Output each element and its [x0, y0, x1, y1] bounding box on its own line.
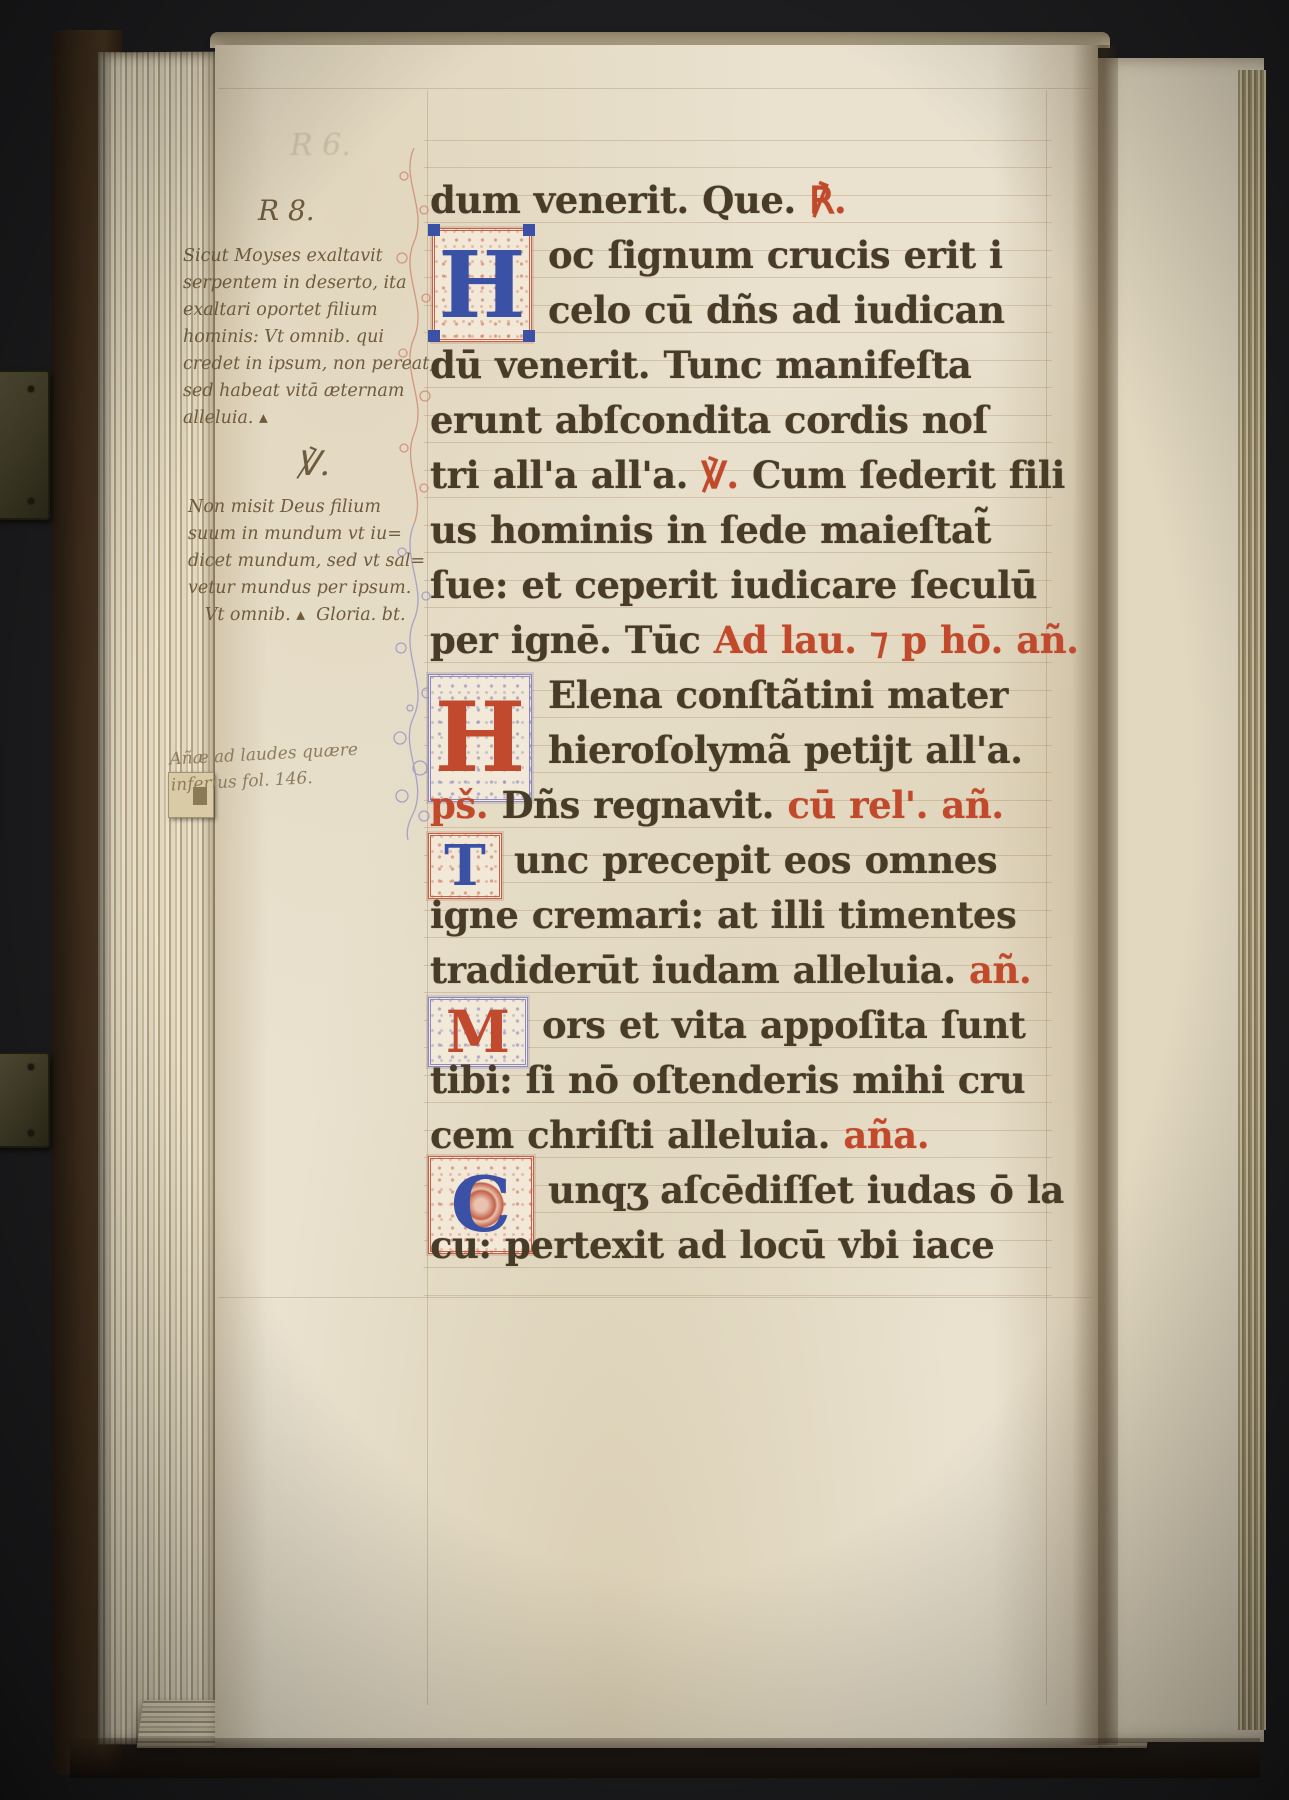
fore-edge-right	[1238, 70, 1266, 1730]
text-line: unc precepit eos omnes	[430, 838, 1052, 893]
text-segment: hieroſolymã petijt all'a.	[548, 728, 1023, 772]
text-segment: cu: pertexit ad locū vbi iace	[430, 1223, 994, 1267]
text-segment: ors et vita appoſita ſunt	[542, 1003, 1026, 1047]
text-line: dum venerit. Que. ℟.	[430, 178, 1052, 233]
lower-ruling-guide	[218, 1297, 1092, 1298]
text-segment: dum venerit. Que.	[430, 178, 809, 222]
text-line: ſue: et ceperit iudicare ſeculū	[430, 563, 1052, 618]
brass-clasp-lower	[0, 1052, 50, 1148]
text-segment: erunt abſcondita cordis noſ	[430, 398, 988, 442]
text-segment: unc precepit eos omnes	[514, 838, 997, 882]
margin-line: Vt omnib. ▴ Gloria. bt.	[188, 602, 448, 629]
margin-line: exaltari oportet filium	[183, 297, 439, 324]
text-segment: us hominis in ſede maieſtat̃	[430, 508, 991, 552]
rubric-segment: Ad lau. ⁊ p hō. añ.	[714, 618, 1079, 662]
margin-line: Sicut Moyses exaltavit	[183, 243, 439, 270]
text-line: ors et vita appoſita ſunt	[430, 1003, 1052, 1058]
brass-clasp-upper	[0, 370, 50, 520]
margin-heading: R 8.	[258, 194, 315, 227]
text-segment: celo cū dñs ad iudican	[548, 288, 1005, 332]
text-line: erunt abſcondita cordis noſ	[430, 398, 1052, 453]
versicle-mark: ℣.	[296, 444, 330, 484]
rubric-segment: pš.	[430, 783, 501, 827]
text-line: tri all'a all'a. ℣. Cum ſederit fili	[430, 453, 1052, 508]
text-segment: tradiderūt iudam alleluia.	[430, 948, 969, 992]
text-segment: tri all'a all'a.	[430, 453, 701, 497]
text-line: pš. Dñs regnavit. cū rel'. añ.	[430, 783, 1052, 838]
text-segment: Elena conſtãtini mater	[548, 673, 1008, 717]
top-ruling-guide	[218, 88, 1092, 89]
rubric-segment: aña.	[843, 1113, 929, 1157]
text-segment: oc ſignum crucis erit i	[548, 233, 1003, 277]
rubric-segment: añ.	[969, 948, 1031, 992]
text-line: dū venerit. Tunc manifeſta	[430, 343, 1052, 398]
text-line: us hominis in ſede maieſtat̃	[430, 508, 1052, 563]
text-segment: unqʒ aſcēdiſſet iudas ō la	[548, 1168, 1064, 1212]
margin-versicle-note: Non misit Deus filiumsuum in mundum vt i…	[188, 494, 448, 629]
text-segment: cem chriſti alleluia.	[430, 1113, 843, 1157]
text-segment: Cum ſederit fili	[739, 453, 1065, 497]
rubric-segment: ℟.	[809, 178, 846, 222]
margin-line: alleluia. ▴	[183, 405, 439, 432]
text-line: per ignē. Tūc Ad lau. ⁊ p hō. añ.	[430, 618, 1052, 673]
margin-line: vetur mundus per ipsum.	[188, 575, 448, 602]
text-segment: igne cremari: at illi timentes	[430, 893, 1016, 937]
text-segment: ſue: et ceperit iudicare ſeculū	[430, 563, 1037, 607]
text-line: cem chriſti alleluia. aña.	[430, 1113, 1052, 1168]
text-segment: per ignē. Tūc	[430, 618, 714, 662]
main-text: dum venerit. Que. ℟.oc ſignum crucis eri…	[430, 178, 1052, 1278]
margin-line: dicet mundum, sed vt sal=	[188, 548, 448, 575]
manuscript-photo: R 6. R 8. Sicut Moyses exaltavitserpente…	[0, 0, 1289, 1800]
text-segment: Dñs regnavit.	[501, 783, 787, 827]
margin-line: credet in ipsum, non pereat,	[183, 351, 439, 378]
margin-responsory-note: Sicut Moyses exaltavitserpentem in deser…	[183, 243, 439, 432]
bleedthrough-text: R 6.	[290, 128, 351, 163]
margin-line: sed habeat vitā æternam	[183, 378, 439, 405]
text-line: igne cremari: at illi timentes	[430, 893, 1052, 948]
margin-line: serpentem in deserto, ita	[183, 270, 439, 297]
margin-line: hominis: Vt omnib. qui	[183, 324, 439, 351]
text-line: cu: pertexit ad locū vbi iace	[430, 1223, 1052, 1278]
text-line: celo cū dñs ad iudican	[430, 288, 1052, 343]
text-line: oc ſignum crucis erit i	[430, 233, 1052, 288]
margin-line: suum in mundum vt iu=	[188, 521, 448, 548]
rubric-segment: cū rel'. añ.	[787, 783, 1003, 827]
text-line: Elena conſtãtini mater	[430, 673, 1052, 728]
text-segment: tibi: ſi nō oſtenderis mihi cru	[430, 1058, 1025, 1102]
text-segment: dū venerit. Tunc manifeſta	[430, 343, 971, 387]
rubric-segment: ℣.	[701, 453, 738, 497]
leather-bottom	[70, 1738, 1260, 1778]
text-line: unqʒ aſcēdiſſet iudas ō la	[430, 1168, 1052, 1223]
text-line: tibi: ſi nō oſtenderis mihi cru	[430, 1058, 1052, 1113]
margin-line: Non misit Deus filium	[188, 494, 448, 521]
gutter-shadow	[1072, 45, 1118, 1745]
text-line: hieroſolymã petijt all'a.	[430, 728, 1052, 783]
text-line: tradiderūt iudam alleluia. añ.	[430, 948, 1052, 1003]
